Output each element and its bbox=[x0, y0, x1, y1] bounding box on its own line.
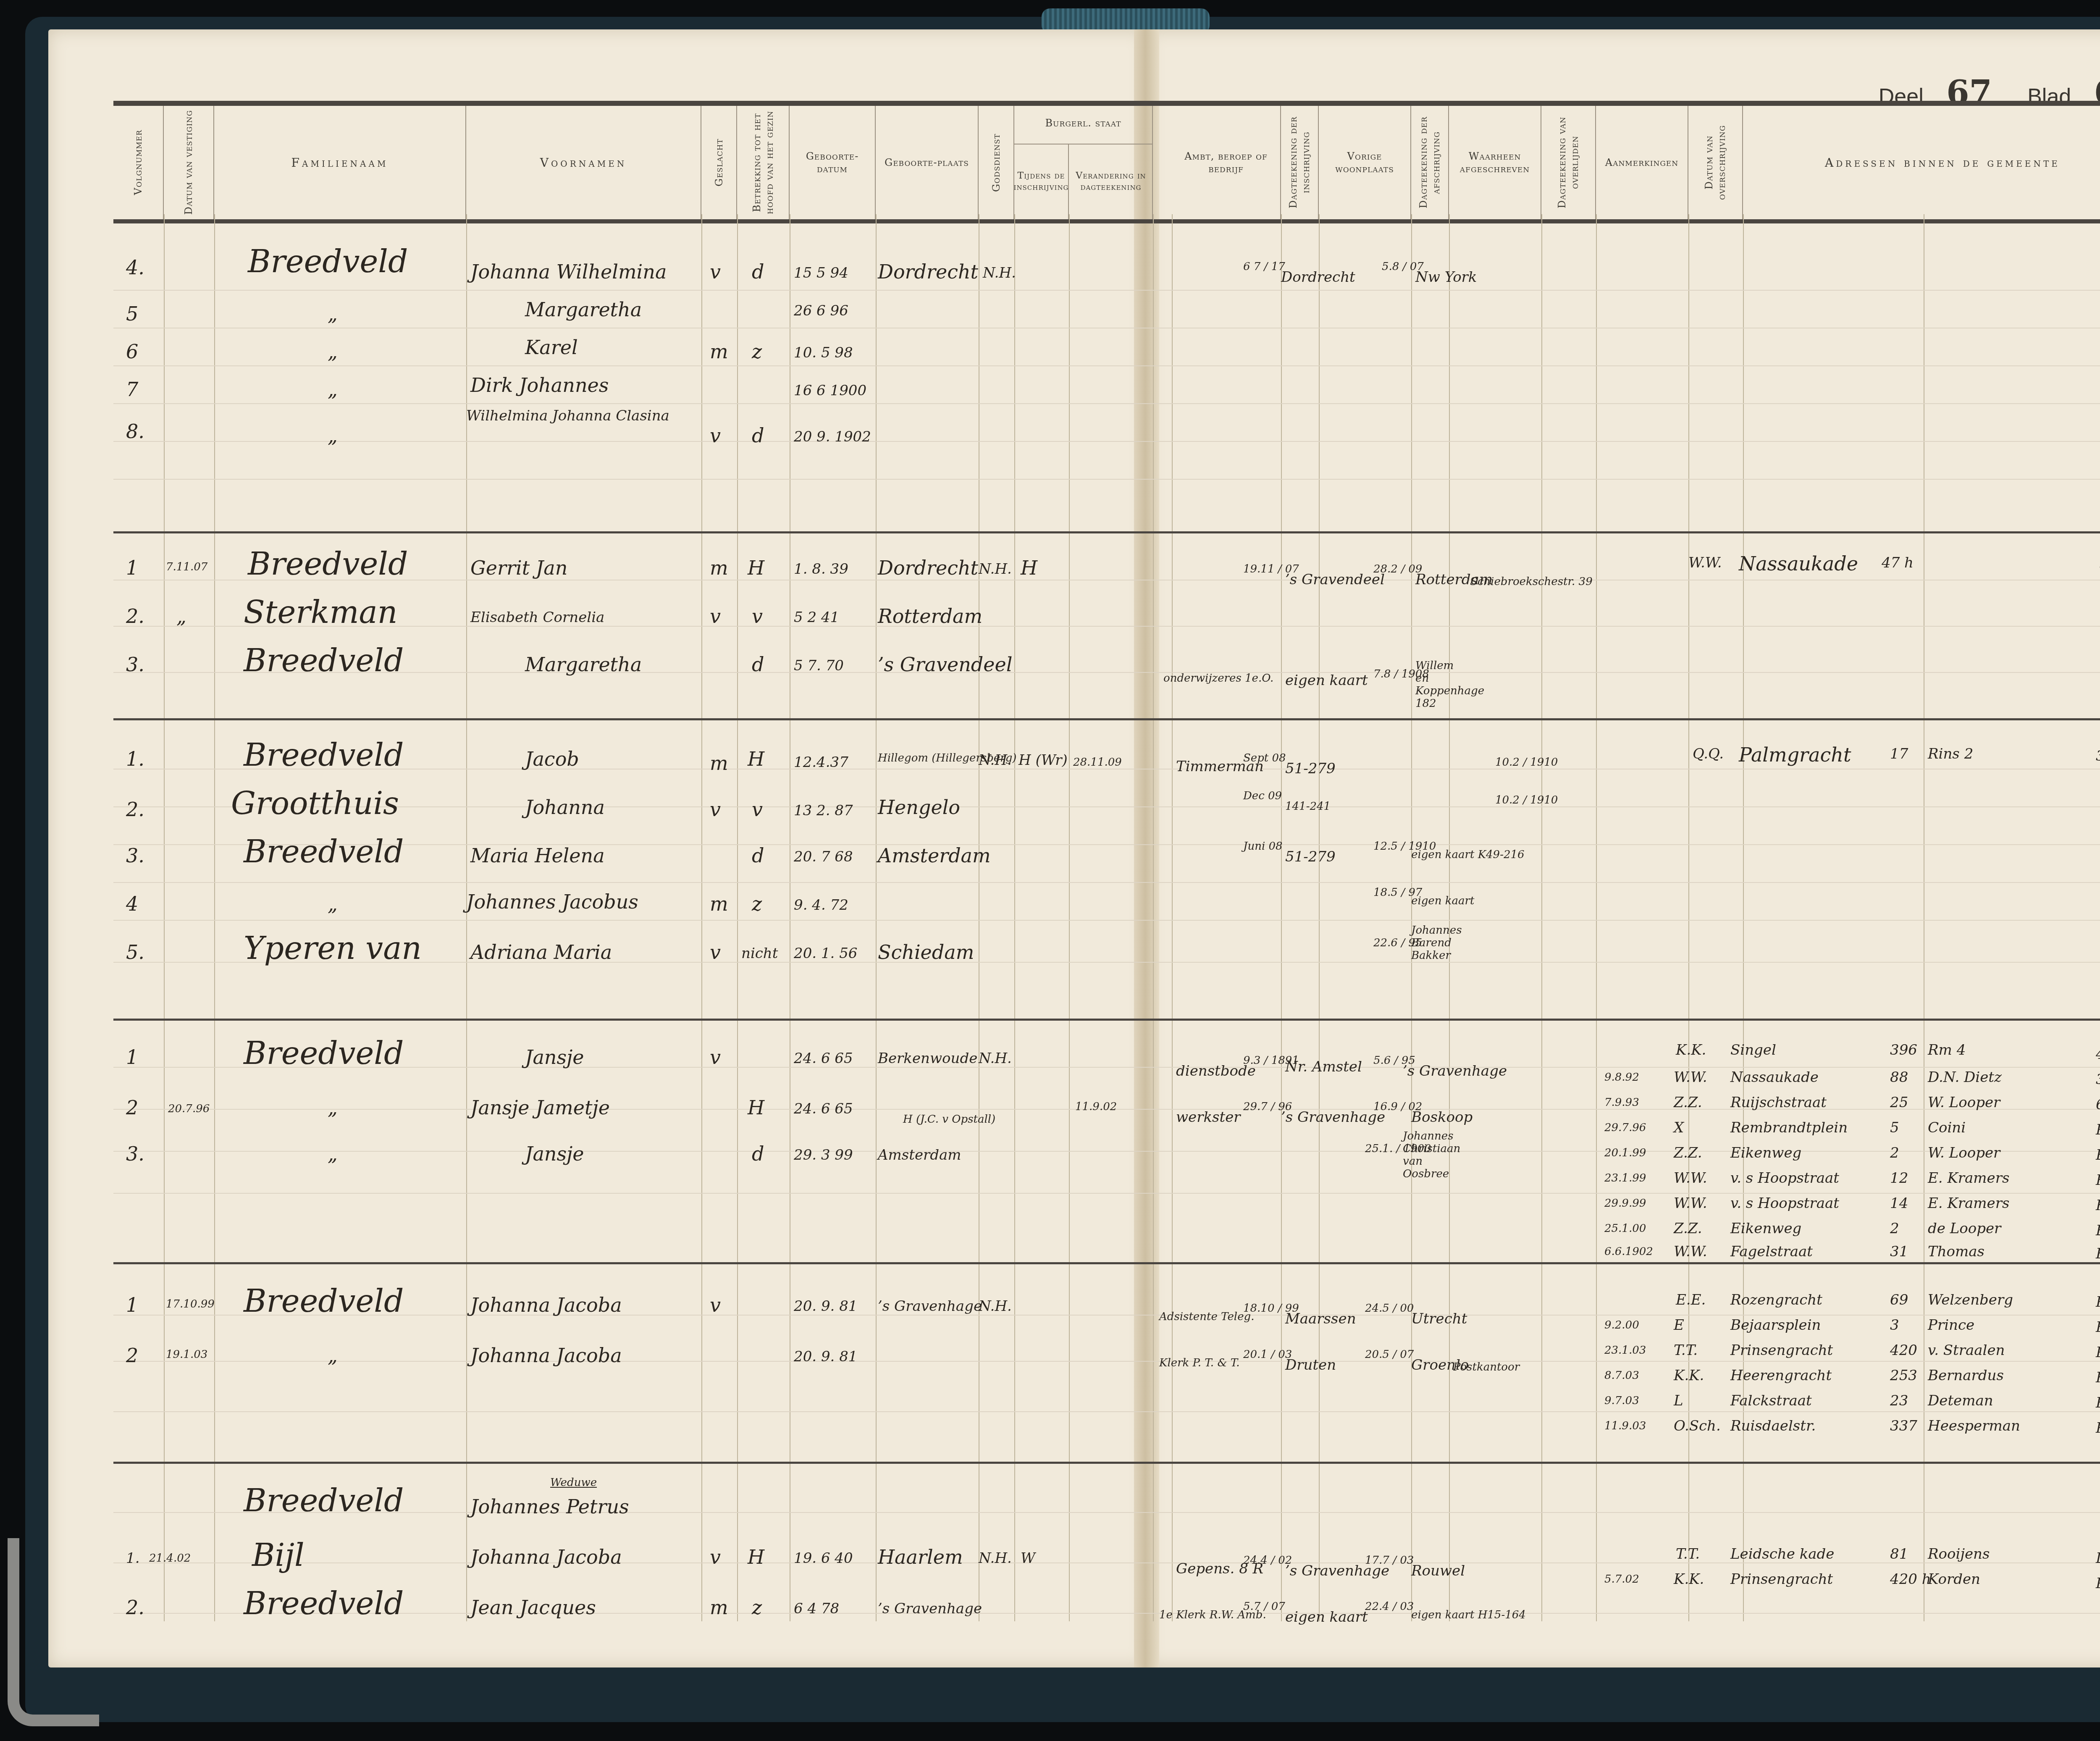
row-surname: „ bbox=[328, 1142, 338, 1165]
row-surname: „ bbox=[328, 340, 338, 363]
address-date: 25.1.00 bbox=[1604, 1222, 1646, 1235]
row-given-names: Jansje bbox=[525, 1046, 584, 1069]
address-number: 88 bbox=[1890, 1069, 1908, 1086]
address-date: 23.1.03 bbox=[1604, 1344, 1646, 1357]
row-previous-residence: eigen kaart bbox=[1285, 672, 1368, 689]
row-relation: v bbox=[752, 605, 763, 628]
row-relation: v bbox=[752, 798, 763, 821]
row-given-names: Maria Helena bbox=[470, 844, 605, 867]
row-surname: Breedveld bbox=[244, 1035, 404, 1071]
row-settlement-date: 7.11.07 bbox=[166, 561, 207, 573]
row-relation: z bbox=[752, 1596, 762, 1619]
ruled-line bbox=[113, 328, 2100, 328]
row-destination: Boskoop bbox=[1411, 1109, 1473, 1126]
row-sex: v bbox=[710, 424, 721, 447]
row-registration-date: Juni 08 bbox=[1243, 840, 1283, 853]
address-date: 20.1.99 bbox=[1604, 1147, 1646, 1159]
header-geslacht: Geslacht bbox=[701, 106, 737, 219]
row-birth-place: ’s Gravenhage bbox=[878, 1600, 982, 1617]
header-burgerlijke-staat: Burgerl. staat Tijdens de inschrijving V… bbox=[1014, 106, 1153, 219]
address-number: 420 h bbox=[1890, 1571, 1931, 1588]
row-birth-place: Schiedam bbox=[878, 941, 974, 964]
address-reference: H 35a. 137 bbox=[2096, 1197, 2100, 1214]
ruled-line bbox=[113, 920, 2100, 921]
address-street: Eikenweg bbox=[1730, 1145, 1801, 1161]
address-owner: D.N. Dietz bbox=[1928, 1069, 2002, 1086]
row-birth-date: 6 4 78 bbox=[794, 1600, 839, 1617]
address-district: W.W. bbox=[1674, 1243, 1707, 1260]
row-volgnummer: 3. bbox=[126, 653, 144, 676]
row-civil-status: H bbox=[1021, 557, 1037, 579]
row-settlement-date: 20.7.96 bbox=[168, 1103, 210, 1115]
address-reference: 611. 78 bbox=[2096, 1096, 2100, 1113]
row-registration-date: 20.1 / 03 bbox=[1243, 1348, 1292, 1361]
address-date: 5.7.02 bbox=[1604, 1573, 1639, 1586]
address-number: 17 bbox=[1890, 746, 1908, 762]
row-surname: Breedveld bbox=[244, 1586, 404, 1622]
header-voornamen: Voornamen bbox=[466, 106, 701, 219]
row-sex: v bbox=[710, 260, 721, 283]
address-date: 23.1.99 bbox=[1604, 1172, 1646, 1184]
address-owner: E. Kramers bbox=[1928, 1195, 2009, 1212]
row-given-names: Jacob bbox=[525, 748, 579, 770]
row-destination: eigen kaart K49-216 bbox=[1411, 848, 1525, 861]
address-number: 5 bbox=[1890, 1119, 1899, 1136]
row-civil-status: H (Wr) bbox=[1018, 752, 1068, 769]
row-sex: v bbox=[710, 1294, 721, 1316]
address-district: L bbox=[1674, 1392, 1683, 1409]
row-relation: d bbox=[752, 844, 764, 867]
row-volgnummer: 5. bbox=[126, 941, 144, 964]
row-sex: v bbox=[710, 1546, 721, 1568]
address-street: Ruijschstraat bbox=[1730, 1094, 1827, 1111]
address-district: W.W. bbox=[1688, 554, 1722, 571]
row-previous-residence: 51-279 bbox=[1285, 848, 1336, 865]
row-birth-place: ’s Gravenhage bbox=[878, 1298, 982, 1315]
row-birth-date: 12.4.37 bbox=[794, 754, 848, 771]
row-relation: H bbox=[748, 1546, 764, 1568]
address-reference: F 1. 66 bbox=[2096, 1245, 2100, 1262]
row-birth-date: 20. 7 68 bbox=[794, 848, 853, 865]
row-given-names: Johannes Petrus bbox=[470, 1495, 629, 1518]
address-owner: Rooijens bbox=[1928, 1546, 1990, 1562]
address-street: Singel bbox=[1730, 1042, 1776, 1058]
address-street: Fagelstraat bbox=[1730, 1243, 1813, 1260]
header-familienaam: Familienaam bbox=[214, 106, 466, 219]
row-birth-date: 19. 6 40 bbox=[794, 1550, 853, 1567]
row-death-date: Schiebroekschestr. 39 bbox=[1470, 575, 1593, 588]
address-owner: Korden bbox=[1928, 1571, 1980, 1588]
header-dag-afschrijving: Dagteekening der afschrijving bbox=[1411, 106, 1449, 219]
header-godsdienst: Godsdienst bbox=[979, 106, 1014, 219]
address-owner: Rm 4 bbox=[1928, 1042, 1966, 1058]
address-reference: R 23. 106 bbox=[2096, 1294, 2100, 1310]
row-settlement-date: 21.4.02 bbox=[149, 1552, 191, 1565]
row-birth-date: 24. 6 65 bbox=[794, 1050, 853, 1067]
address-reference: H 35a. 132 bbox=[2096, 1172, 2100, 1189]
address-date: 11.9.03 bbox=[1604, 1420, 1646, 1432]
address-street: Eikenweg bbox=[1730, 1220, 1801, 1237]
row-given-names: Johannes Jacobus bbox=[466, 890, 638, 913]
address-district: K.K. bbox=[1674, 1367, 1704, 1384]
address-owner: Welzenberg bbox=[1928, 1292, 2013, 1308]
address-street: Prinsengracht bbox=[1730, 1571, 1833, 1588]
column-rule bbox=[1319, 214, 1320, 1621]
row-registration-date: Sept 08 bbox=[1243, 752, 1286, 764]
row-volgnummer: 1. bbox=[126, 1550, 139, 1567]
row-volgnummer: 1 bbox=[126, 1294, 138, 1316]
row-surname: „ bbox=[328, 378, 338, 401]
row-surname: Sterkman bbox=[244, 594, 397, 630]
row-previous-residence: 141-241 bbox=[1285, 800, 1331, 813]
row-given-names: Karel bbox=[525, 336, 578, 359]
row-birth-date: 24. 6 65 bbox=[794, 1100, 853, 1117]
row-settlement-date: 17.10.99 bbox=[166, 1298, 215, 1310]
address-reference: F 2. 251 bbox=[2096, 1394, 2100, 1411]
header-volgnummer: Volgnummer bbox=[113, 106, 164, 219]
row-registration-date: 5.7 / 07 bbox=[1243, 1600, 1285, 1613]
row-settlement-date: „ bbox=[176, 605, 186, 628]
row-previous-residence: Druten bbox=[1285, 1357, 1336, 1373]
address-number: 3 bbox=[1890, 1317, 1899, 1334]
address-street: v. s Hoopstraat bbox=[1730, 1195, 1839, 1212]
row-birth-place: ’s Gravendeel bbox=[878, 653, 1012, 676]
address-district: O.Sch. bbox=[1674, 1418, 1721, 1434]
row-surname: Breedveld bbox=[244, 834, 404, 870]
column-rule bbox=[737, 214, 738, 1621]
address-street: Nassaukade bbox=[1730, 1069, 1819, 1086]
address-number: 396 bbox=[1890, 1042, 1917, 1058]
row-surname: „ bbox=[328, 302, 338, 325]
row-volgnummer: 2 bbox=[126, 1096, 138, 1119]
header-waarheen: Waarheen afgeschreven bbox=[1449, 106, 1541, 219]
address-district: X bbox=[1674, 1119, 1684, 1136]
address-owner: E. Kramers bbox=[1928, 1170, 2009, 1187]
address-owner: Rins 2 bbox=[1928, 746, 1973, 762]
row-civil-status-change: 11.9.02 bbox=[1075, 1100, 1117, 1113]
row-religion: N.H. bbox=[979, 1050, 1012, 1067]
row-volgnummer: 2. bbox=[126, 798, 144, 821]
row-birth-place: Dordrecht bbox=[878, 260, 978, 283]
page-gutter bbox=[1134, 29, 1159, 1667]
row-destination: ’s Gravenhage bbox=[1403, 1063, 1507, 1079]
row-sex: v bbox=[710, 1046, 721, 1069]
row-deregistration-date: 24.5 / 00 bbox=[1365, 1302, 1414, 1315]
row-volgnummer: 1. bbox=[126, 748, 144, 770]
column-rule bbox=[1411, 214, 1412, 1621]
address-street: Falckstraat bbox=[1730, 1392, 1812, 1409]
row-destination: Utrecht bbox=[1411, 1310, 1467, 1327]
row-destination: eigen kaart bbox=[1411, 895, 1474, 907]
header-adressen: Adressen binnen de gemeente bbox=[1743, 106, 2100, 219]
address-date: 9.7.03 bbox=[1604, 1394, 1639, 1407]
row-religion: N.H. bbox=[979, 1550, 1012, 1567]
address-number: 253 bbox=[1890, 1367, 1917, 1384]
row-volgnummer: 4 bbox=[126, 893, 138, 915]
ruled-line bbox=[113, 806, 2100, 807]
address-number: 69 bbox=[1890, 1292, 1908, 1308]
row-deregistration-date: 17.7 / 03 bbox=[1365, 1554, 1414, 1567]
row-sex: m bbox=[710, 1596, 728, 1619]
column-rule bbox=[1014, 214, 1015, 1621]
ruled-line bbox=[113, 1361, 2100, 1362]
row-civil-status: W bbox=[1021, 1550, 1035, 1567]
row-sex: v bbox=[710, 605, 721, 628]
ruled-line bbox=[113, 290, 2100, 291]
row-occupation: Klerk P. T. & T. bbox=[1159, 1357, 1240, 1369]
address-number: 47 h bbox=[1882, 554, 1914, 571]
row-destination: Rouwel bbox=[1411, 1562, 1465, 1579]
address-reference: P 29. 77 bbox=[2096, 1344, 2100, 1361]
column-rule bbox=[979, 214, 979, 1621]
column-rule bbox=[1281, 214, 1282, 1621]
row-previous-residence: ’s Gravendeel bbox=[1285, 571, 1385, 588]
row-surname: Breedveld bbox=[244, 737, 404, 773]
row-settlement-date: 19.1.03 bbox=[166, 1348, 207, 1361]
row-birth-date: 5 2 41 bbox=[794, 609, 839, 626]
ruled-line bbox=[113, 882, 2100, 883]
row-occupation: werkster bbox=[1176, 1109, 1241, 1126]
row-sex: v bbox=[710, 941, 721, 964]
row-surname: Breedveld bbox=[244, 1483, 404, 1519]
address-owner: W. Looper bbox=[1928, 1145, 2000, 1161]
address-date: 7.9.93 bbox=[1604, 1096, 1639, 1109]
column-rule bbox=[1172, 214, 1173, 1621]
header-dag-overlijden: Dagteekening van overlijden bbox=[1541, 106, 1596, 219]
row-death-date: 10.2 / 1910 bbox=[1495, 794, 1558, 806]
row-birth-date: 16 6 1900 bbox=[794, 382, 866, 399]
address-owner: Prince bbox=[1928, 1317, 1974, 1334]
row-birth-date: 5 7. 70 bbox=[794, 657, 844, 674]
row-previous-residence: eigen kaart bbox=[1285, 1609, 1368, 1625]
address-street: Heerengracht bbox=[1730, 1367, 1832, 1384]
row-death-date: 10.2 / 1910 bbox=[1495, 756, 1558, 769]
address-district: K.K. bbox=[1676, 1042, 1706, 1058]
address-reference: P 29. 76 bbox=[2096, 1575, 2100, 1592]
address-reference: R 10. 8 bbox=[2096, 1121, 2100, 1138]
column-rule bbox=[1743, 214, 1744, 1621]
row-birth-date: 20. 9. 81 bbox=[794, 1348, 857, 1365]
row-sex: m bbox=[710, 893, 728, 915]
row-relation: d bbox=[752, 1142, 764, 1165]
row-birth-place: Rotterdam bbox=[878, 605, 982, 628]
household-separator bbox=[113, 531, 2100, 533]
address-date: 29.7.96 bbox=[1604, 1121, 1646, 1134]
row-sex: m bbox=[710, 557, 728, 579]
row-given-names: Dirk Johannes bbox=[470, 374, 609, 397]
address-district: W.W. bbox=[1674, 1069, 1707, 1086]
address-reference: R 12. 163 bbox=[2096, 1420, 2100, 1436]
row-surname: „ bbox=[328, 1096, 338, 1119]
row-relation: nicht bbox=[741, 945, 778, 962]
row-given-names: Jean Jacques bbox=[470, 1596, 596, 1619]
row-volgnummer: 8. bbox=[126, 420, 144, 443]
address-district: T.T. bbox=[1674, 1342, 1698, 1359]
ruled-line bbox=[113, 1151, 2100, 1152]
ruled-line bbox=[113, 441, 2100, 442]
row-relation: z bbox=[752, 340, 762, 363]
address-district: Z.Z. bbox=[1674, 1145, 1702, 1161]
row-surname: Bijl bbox=[252, 1537, 304, 1573]
row-birth-date: 9. 4. 72 bbox=[794, 897, 848, 914]
row-remark: Postkantoor bbox=[1453, 1361, 1520, 1373]
row-sex: m bbox=[710, 752, 728, 775]
header-datum-vestiging: Datum van vestiging bbox=[164, 106, 214, 219]
row-birth-place: Dordrecht bbox=[878, 557, 978, 579]
column-rule bbox=[1688, 214, 1689, 1621]
row-religion: N.H. bbox=[983, 265, 1016, 281]
row-volgnummer: 7 bbox=[126, 378, 138, 401]
address-street: Rozengracht bbox=[1730, 1292, 1822, 1308]
row-religion: N.H. bbox=[979, 752, 1012, 769]
ruled-line bbox=[113, 1512, 2100, 1513]
address-district: T.T. bbox=[1676, 1546, 1700, 1562]
row-surname: Breedveld bbox=[244, 643, 404, 679]
ruled-line bbox=[113, 672, 2100, 673]
row-volgnummer: 6 bbox=[126, 340, 138, 363]
address-district: K.K. bbox=[1674, 1571, 1704, 1588]
row-occupation: onderwijzeres 1e.O. bbox=[1163, 672, 1273, 685]
address-street: Leidsche kade bbox=[1730, 1546, 1834, 1562]
address-owner: Deteman bbox=[1928, 1392, 1993, 1409]
address-district: Z.Z. bbox=[1674, 1094, 1702, 1111]
address-owner: Heesperman bbox=[1928, 1418, 2020, 1434]
row-birth-date: 20. 9. 81 bbox=[794, 1298, 857, 1315]
column-rule bbox=[214, 214, 215, 1621]
row-birth-date: 20. 1. 56 bbox=[794, 945, 857, 962]
row-birth-date: 1. 8. 39 bbox=[794, 561, 848, 578]
column-rule bbox=[701, 214, 702, 1621]
row-surname: Yperen van bbox=[244, 930, 422, 966]
household-separator bbox=[113, 1262, 2100, 1264]
row-destination: Johannes Barend Bakker bbox=[1411, 924, 1457, 962]
address-reference: H 15. 164 bbox=[2096, 1369, 2100, 1386]
row-surname: Breedveld bbox=[248, 546, 408, 582]
row-relation: d bbox=[752, 424, 764, 447]
column-header-band: Volgnummer Datum van vestiging Familiena… bbox=[113, 101, 2100, 223]
address-reference: 317 R. 38 bbox=[2096, 1071, 2100, 1088]
address-number: 2 bbox=[1890, 1220, 1899, 1237]
address-number: 81 bbox=[1890, 1546, 1908, 1562]
row-volgnummer: 2 bbox=[126, 1344, 138, 1367]
address-number: 25 bbox=[1890, 1094, 1908, 1111]
row-occupation: Adsistente Teleg. bbox=[1159, 1310, 1254, 1323]
address-date: 9.8.92 bbox=[1604, 1071, 1639, 1084]
row-given-names: Adriana Maria bbox=[470, 941, 612, 964]
header-bs-tijdens: Tijdens de inschrijving bbox=[1014, 144, 1069, 219]
row-previous-residence: Maarssen bbox=[1285, 1310, 1356, 1327]
column-rule bbox=[1541, 214, 1542, 1621]
address-number: 23 bbox=[1890, 1392, 1908, 1409]
row-previous-residence: ’s Gravenhage bbox=[1281, 1109, 1385, 1126]
row-civil-status-change: 28.11.09 bbox=[1073, 756, 1122, 769]
row-volgnummer: 5 bbox=[126, 302, 138, 325]
address-reference: B 15. 228 bbox=[2096, 1319, 2100, 1336]
row-birth-date: 13 2. 87 bbox=[794, 802, 853, 819]
column-rule bbox=[1449, 214, 1450, 1621]
row-given-names: Johanna Jacoba bbox=[470, 1344, 622, 1367]
header-geboorteplaats: Geboorte-plaats bbox=[876, 106, 979, 219]
row-previous-residence: 51-279 bbox=[1285, 760, 1336, 777]
address-street: Palmgracht bbox=[1739, 743, 1851, 766]
ruled-line bbox=[113, 844, 2100, 845]
row-given-names: Jansje Jametje bbox=[470, 1096, 610, 1119]
ruled-line bbox=[113, 580, 2100, 580]
row-given-names: Elisabeth Cornelia bbox=[470, 609, 604, 626]
row-birth-date: 26 6 96 bbox=[794, 302, 848, 319]
address-owner: Coini bbox=[1928, 1119, 1966, 1136]
row-given-names: Gerrit Jan bbox=[470, 557, 567, 579]
column-rule bbox=[466, 214, 467, 1621]
address-district: Z.Z. bbox=[1674, 1220, 1702, 1237]
row-relation: z bbox=[752, 893, 762, 915]
row-volgnummer: 4. bbox=[126, 256, 144, 279]
household-separator bbox=[113, 1019, 2100, 1021]
address-date: 29.9.99 bbox=[1604, 1197, 1646, 1210]
row-surname: „ bbox=[328, 424, 338, 447]
row-deregistration-date: 28.2 / 09 bbox=[1373, 563, 1422, 575]
row-given-names: Margaretha bbox=[525, 653, 642, 676]
header-vorige-woonplaats: Vorige woonplaats bbox=[1319, 106, 1411, 219]
row-volgnummer: 2. bbox=[126, 1596, 144, 1619]
address-district: E.E. bbox=[1676, 1292, 1706, 1308]
ruled-line bbox=[113, 626, 2100, 627]
address-district: W.W. bbox=[1674, 1170, 1707, 1187]
row-birth-place: Berkenwoude bbox=[878, 1050, 977, 1067]
address-street: Bejaarsplein bbox=[1730, 1317, 1821, 1334]
metal-corner-left bbox=[8, 1538, 99, 1726]
address-street: Rembrandtplein bbox=[1730, 1119, 1848, 1136]
row-religion: N.H. bbox=[979, 1298, 1012, 1315]
address-number: 420 bbox=[1890, 1342, 1917, 1359]
row-given-names: Johanna Wilhelmina bbox=[470, 260, 667, 283]
row-relation: d bbox=[752, 260, 764, 283]
row-birth-place: Hengelo bbox=[878, 796, 960, 819]
address-number: 31 bbox=[1890, 1243, 1908, 1260]
row-given-names: Jansje bbox=[525, 1142, 584, 1165]
row-deregistration-date: 22.4 / 03 bbox=[1365, 1600, 1414, 1613]
address-owner: Bernardus bbox=[1928, 1367, 2004, 1384]
row-birth-date: 15 5 94 bbox=[794, 265, 848, 281]
ruled-line bbox=[113, 1562, 2100, 1563]
address-street: Nassaukade bbox=[1739, 552, 1858, 575]
row-destination: Nw York bbox=[1415, 269, 1477, 286]
widow-note: Weduwe bbox=[550, 1476, 597, 1489]
row-destination: Willem en Koppenhage 182 bbox=[1415, 659, 1466, 710]
address-date: 6.6.1902 bbox=[1604, 1245, 1653, 1258]
address-owner: Thomas bbox=[1928, 1243, 1984, 1260]
row-registration-date: 6 7 / 17 bbox=[1243, 260, 1285, 273]
row-destination: Johannes Christiaan van Oosbree bbox=[1403, 1130, 1453, 1180]
row-relation: H bbox=[748, 748, 764, 770]
row-volgnummer: 1 bbox=[126, 557, 138, 579]
ruled-line bbox=[113, 403, 2100, 404]
ruled-line bbox=[113, 365, 2100, 366]
column-rule bbox=[790, 214, 790, 1621]
row-birth-date: 29. 3 99 bbox=[794, 1147, 853, 1163]
row-relation: d bbox=[752, 653, 764, 676]
row-registration-date: Dec 09 bbox=[1243, 790, 1282, 802]
address-number: 2 bbox=[1890, 1145, 1899, 1161]
address-owner: v. Straalen bbox=[1928, 1342, 2005, 1359]
address-district: E bbox=[1674, 1317, 1684, 1334]
row-given-names: Johanna Jacoba bbox=[470, 1294, 622, 1316]
ruled-line bbox=[113, 1613, 2100, 1614]
column-rule bbox=[1153, 214, 1154, 1621]
header-betrekking: Betrekking tot het hoofd van het gezin bbox=[737, 106, 790, 219]
row-previous-residence: Nr. Amstel bbox=[1285, 1058, 1362, 1075]
address-reference: 360.49 bbox=[2096, 748, 2100, 764]
